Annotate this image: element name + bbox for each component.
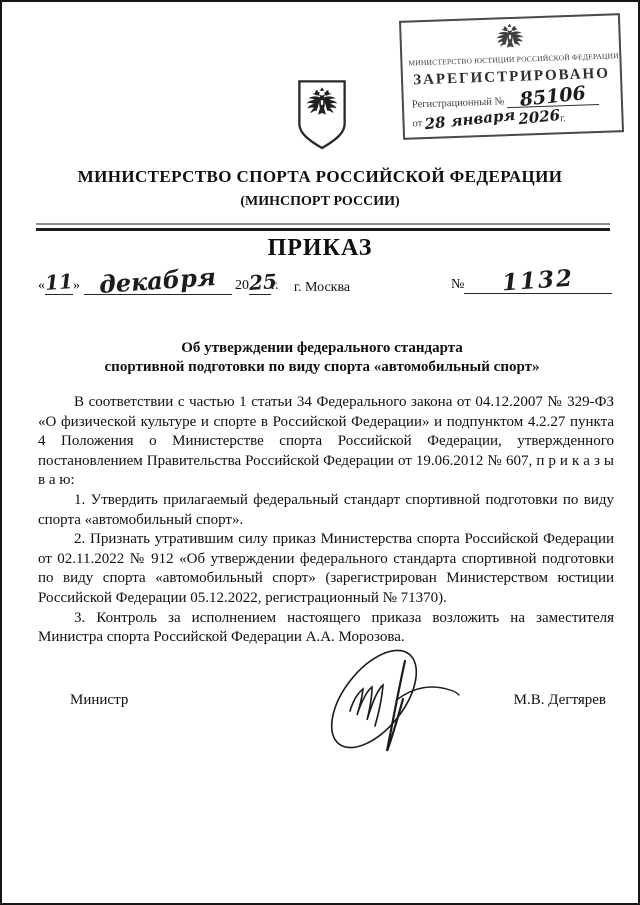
registration-stamp: МИНИСТЕРСТВО ЮСТИЦИИ РОССИЙСКОЙ ФЕДЕРАЦИ… bbox=[399, 13, 624, 140]
order-paragraph-preamble: В соответствии с частью 1 статьи 34 Феде… bbox=[38, 393, 614, 491]
stamp-year-value: 2026 bbox=[518, 110, 561, 126]
stamp-from-label: от bbox=[412, 118, 422, 129]
stamp-coat-of-arms-icon bbox=[492, 22, 528, 49]
letterhead-divider bbox=[36, 223, 610, 231]
subject-line-1: Об утверждении федерального стандарта bbox=[42, 339, 602, 358]
minister-title: Министр bbox=[70, 692, 128, 709]
order-paragraph-1: 1. Утвердить прилагаемый федеральный ста… bbox=[38, 491, 614, 530]
order-document-page: МИНИСТЕРСТВО ЮСТИЦИИ РОССИЙСКОЙ ФЕДЕРАЦИ… bbox=[0, 0, 640, 905]
order-paragraph-2: 2. Признать утратившим силу приказ Минис… bbox=[38, 530, 614, 608]
number-blank: 1132 bbox=[464, 272, 612, 294]
number-sign: № bbox=[451, 277, 464, 292]
order-body: В соответствии с частью 1 статьи 34 Феде… bbox=[38, 393, 614, 648]
stamp-date-line: от 28 января 2026г. bbox=[410, 109, 615, 129]
minister-name: М.В. Дегтярев bbox=[514, 692, 606, 709]
minister-signature-icon bbox=[312, 633, 467, 768]
stamp-ministry-line: МИНИСТЕРСТВО ЮСТИЦИИ РОССИЙСКОЙ ФЕДЕРАЦИ… bbox=[408, 51, 613, 67]
document-type-title: ПРИКАЗ bbox=[2, 235, 638, 262]
subject-line-2: спортивной подготовки по виду спорта «ав… bbox=[42, 358, 602, 377]
coat-of-arms-icon bbox=[293, 78, 351, 152]
ministry-short-name: (МИНСПОРТ РОССИИ) bbox=[2, 194, 638, 210]
ministry-title: МИНИСТЕРСТВО СПОРТА РОССИЙСКОЙ ФЕДЕРАЦИИ bbox=[2, 167, 638, 187]
letterhead: МИНИСТЕРСТВО СПОРТА РОССИЙСКОЙ ФЕДЕРАЦИИ… bbox=[2, 167, 638, 210]
reg-number-blank: 85106 bbox=[507, 88, 600, 108]
stamp-date-value: 28 января bbox=[424, 110, 516, 131]
order-subject: Об утверждении федерального стандарта сп… bbox=[42, 339, 602, 377]
order-number-line: №1132 bbox=[451, 272, 612, 294]
order-number: 1132 bbox=[502, 270, 575, 292]
reg-number-value: 85106 bbox=[519, 86, 586, 107]
